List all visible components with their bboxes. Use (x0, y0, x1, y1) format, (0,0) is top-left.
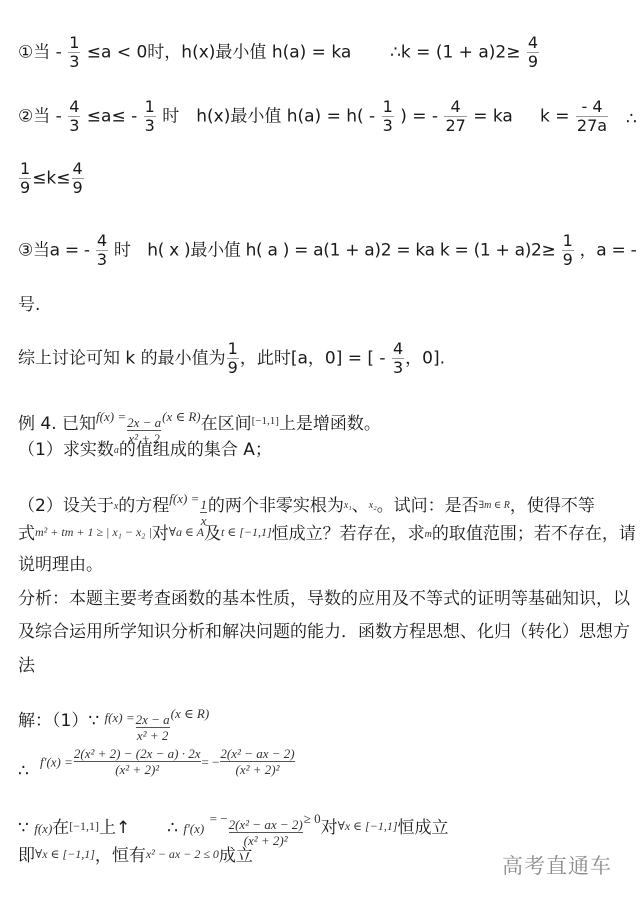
q2-line1-end: ，使得不等 (510, 496, 595, 516)
case-3-line: ③当a = - 43 时 h( x )最小值 h( a ) = a(1 + a)… (18, 232, 640, 269)
var-m: m (425, 529, 432, 540)
watermark: 高考直通车 (502, 850, 612, 880)
case-2-prefix: ②当 - (18, 107, 62, 127)
fraction: 13 (68, 34, 80, 71)
fraction: 43 (68, 98, 80, 135)
example-label: 例 4. 已知 (18, 414, 96, 434)
conclusion-end: ，0]. (405, 349, 445, 369)
derivative-lhs: f′(x) = (40, 755, 73, 770)
t-range: t ∈ [−1,1] (221, 525, 272, 539)
analysis-line-2: 及综合运用所学知识分析和解决问题的能力．函数方程思想、化归（转化）思想方 (18, 621, 630, 643)
separator: 、 (352, 496, 369, 516)
forall-a: ∀a ∈ A (169, 525, 204, 539)
solution-line-3: ∵ f(x)在[−1,1]上↑ ∴ f′(x) = −2(x² − ax − 2… (18, 808, 448, 848)
analysis-text-1: 分析：本题主要考查函数的基本性质，导数的应用及不等式的证明等基础知识，以 (18, 589, 630, 609)
solution-label: 解：（1）∵ (18, 711, 99, 731)
fraction: 49 (72, 160, 84, 197)
namely-text: 即 (18, 846, 35, 866)
k-range-text: ≤k≤ (32, 169, 70, 189)
question-2-line-2: 式m² + tm + 1 ≥ | x₁ − x₂ |对∀a ∈ A及t ∈ [−… (18, 521, 636, 546)
conclusion-interval-text: ，此时[a，0] = [ - (240, 349, 386, 369)
fraction: 427 (444, 98, 466, 135)
equation-lhs: f(x) = (169, 491, 199, 506)
root-x2: x₂ (369, 500, 377, 511)
question-text: 。试问：是否 (377, 496, 479, 516)
roots-text: 的两个非零实根为 (208, 496, 344, 516)
domain: (x ∈ R) (162, 409, 201, 424)
k-label: k = (540, 107, 570, 127)
fraction: 13 (144, 98, 156, 135)
case-2-k-expr: k = - 427a (540, 98, 609, 135)
inequality: m² + tm + 1 ≥ | x₁ − x₂ | (35, 525, 152, 539)
case-3-body: 时 h( x )最小值 h( a ) = a(1 + a)2 = ka k = … (114, 241, 556, 261)
continuation-text: 号. (18, 295, 40, 315)
fraction: 19 (227, 340, 239, 377)
fraction: 43 (392, 340, 404, 377)
case-1-line: ①当 - 13 ≤a < 0时，h(x)最小值 h(a) = ka ∴k = (… (18, 34, 540, 71)
solution-therefore: ∴ (18, 760, 29, 782)
case-3-prefix: ③当a = - (18, 241, 90, 261)
therefore-symbol: ∴ (626, 109, 637, 129)
therefore-symbol: ∴ (18, 761, 29, 781)
fraction: - 427a (576, 98, 608, 135)
f-prime: f′(x) (183, 821, 204, 836)
therefore-symbol: ∴ (167, 818, 178, 838)
q2-line3: 说明理由。 (18, 555, 103, 575)
equals-minus: = − (202, 755, 220, 770)
holds-text: 成立 (219, 846, 253, 866)
case-1-condition: ≤a < 0时，h(x)最小值 h(a) = ka (87, 43, 352, 63)
q2-line2-end: 的取值范围；若不存在，请 (432, 524, 636, 544)
for-text: 对 (321, 818, 338, 838)
q1-prefix: （1）求实数 (18, 440, 114, 460)
analysis-line-3: 法 (18, 655, 35, 677)
solution-line-1: 解：（1）∵ f(x) =2x − ax² + 2(x ∈ R) (18, 703, 209, 743)
inequality-text: ≤a≤ - (87, 107, 137, 127)
interval: [−1,1] (252, 415, 279, 427)
conclusion-text: 综上讨论可知 k 的最小值为 (18, 349, 226, 369)
fraction: 49 (527, 34, 539, 71)
function-def: f(x) = (105, 710, 135, 725)
case-1-prefix: ①当 - (18, 43, 62, 63)
fraction: 19 (19, 160, 31, 197)
question-1: （1）求实数a的值组成的集合 A； (18, 439, 272, 462)
fx: f(x) (34, 821, 52, 836)
fraction: 13 (382, 98, 394, 135)
inequality: x² − ax − 2 ≤ 0 (146, 847, 219, 861)
fraction: 2(x² + 2) − (2x − a) · 2x(x² + 2)² (74, 746, 201, 777)
case-1-therefore: ∴k = (1 + a)2≥ (390, 43, 520, 63)
question-2-line-3: 说明理由。 (18, 554, 103, 576)
root-x1: x₁ (344, 500, 352, 511)
increasing-text: 上是增函数。 (279, 414, 381, 434)
equals-text: ) = - (400, 107, 438, 127)
q2-prefix: （2）设关于 (18, 496, 114, 516)
solution-derivative: f′(x) =2(x² + 2) − (2x − a) · 2x(x² + 2)… (40, 746, 296, 777)
min-value-text: 时 h(x)最小值 h(a) = h( - (162, 107, 375, 127)
case-2-line: ②当 - 43 ≤a≤ - 13 时 h(x)最小值 h(a) = h( - 1… (18, 98, 513, 135)
fraction: 2(x² − ax − 2)(x² + 2)² (220, 746, 294, 777)
for-text: 对 (152, 524, 169, 544)
solution-line-4: 即∀x ∈ [−1,1]，恒有x² − ax − 2 ≤ 0成立 (18, 843, 253, 867)
on-text: 在 (52, 818, 69, 838)
conclusion-line: 综上讨论可知 k 的最小值为19，此时[a，0] = [ - 43，0]. (18, 340, 445, 377)
increasing-arrow-text: 上↑ (99, 818, 130, 838)
q1-suffix: 的值组成的集合 A； (119, 440, 272, 460)
always-text: ，恒有 (95, 846, 146, 866)
analysis-text-3: 法 (18, 656, 35, 676)
case-2-range-line: 19≤k≤49 (18, 160, 85, 197)
analysis-text-2: 及综合运用所学知识分析和解决问题的能力．函数方程思想、化归（转化）思想方 (18, 622, 630, 642)
q2-line2-prefix: 式 (18, 524, 35, 544)
holds-text: 恒成立 (397, 818, 448, 838)
fraction: 43 (96, 232, 108, 269)
case-3-continuation: 号. (18, 294, 40, 316)
fraction: 2x − ax² + 2 (136, 712, 170, 743)
function-def: f(x) = (96, 409, 126, 424)
case-3-equal-text: ，a = - (580, 241, 637, 261)
case-2-therefore: ∴ (626, 108, 637, 130)
holds-text: 恒成立？若存在，求 (272, 524, 425, 544)
equals-minus: = − (210, 811, 228, 826)
forall-x: ∀x ∈ [−1,1] (338, 819, 398, 833)
analysis-line-1: 分析：本题主要考查函数的基本性质，导数的应用及不等式的证明等基础知识，以 (18, 588, 630, 610)
fraction: 19 (562, 232, 574, 269)
domain: (x ∈ R) (171, 706, 210, 721)
ge-zero: ≥ 0 (304, 811, 321, 826)
interval: [−1,1] (69, 819, 99, 833)
because-symbol: ∵ (18, 818, 29, 838)
equals-ka: = ka (473, 107, 513, 127)
interval-label: 在区间 (201, 414, 252, 434)
exists-m: ∃m ∈ R (479, 500, 510, 511)
forall-x: ∀x ∈ [−1,1] (35, 847, 95, 861)
equation-label: 的方程 (118, 496, 169, 516)
and-text: 及 (204, 524, 221, 544)
